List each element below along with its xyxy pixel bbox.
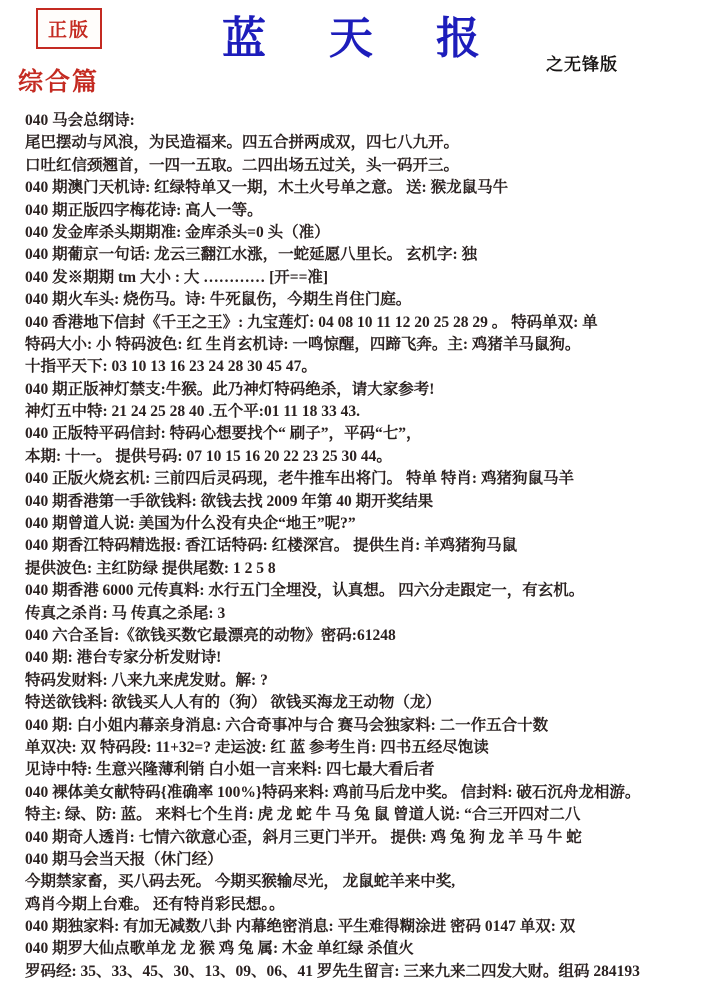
text-line: 040 期曾道人说: 美国为什么没有央企“地王”呢?” xyxy=(25,513,698,535)
text-line: 040 六合圣旨:《欲钱买数它最漂亮的动物》密码:61248 xyxy=(25,625,698,647)
text-line: 尾巴摆动与风浪，为民造福来。四五合拼两成双，四七八九开。 xyxy=(25,132,698,154)
text-line: 040 期香港 6000 元传真料: 水行五门全埋没，认真想。 四六分走跟定一，… xyxy=(25,580,698,602)
text-line: 040 期火车头: 烧伤马。诗: 牛死鼠伤，今期生肖住门庭。 xyxy=(25,289,698,311)
text-line: 040 期正版神灯禁支:牛猴。此乃神灯特码绝杀，请大家参考! xyxy=(25,379,698,401)
text-line: 040 正版特平码信封: 特码心想要找个“ 刷子”，平码“七”， xyxy=(25,423,698,445)
text-line: 040 正版火烧玄机: 三前四后灵码现，老牛推车出将门。 特单 特肖: 鸡猪狗鼠… xyxy=(25,468,698,490)
text-line: 十指平天下: 03 10 13 16 23 24 28 30 45 47。 xyxy=(25,356,698,378)
text-line: 040 期香港第一手欲钱料: 欲钱去找 2009 年第 40 期开奖结果 xyxy=(25,491,698,513)
text-line: 口吐红信颈翘首，一四一五取。二四出场五过关，头一码开三。 xyxy=(25,155,698,177)
page-header: 正版 蓝 天 报 之无锋版 综合篇 xyxy=(0,0,702,112)
text-line: 今期禁家畜，买八码去死。 今期买猴输尽光， 龙鼠蛇羊来中奖, xyxy=(25,871,698,893)
text-line: 特主: 绿、防: 蓝。 来料七个生肖: 虎 龙 蛇 牛 马 兔 鼠 曾道人说: … xyxy=(25,804,698,826)
body-text-lines: 040 马会总纲诗:尾巴摆动与风浪，为民造福来。四五合拼两成双，四七八九开。口吐… xyxy=(25,110,698,983)
text-line: 特码大小: 小 特码波色: 红 生肖玄机诗: 一鸣惊醒，四蹄飞奔。主: 鸡猪羊马… xyxy=(25,334,698,356)
text-line: 040 期罗大仙点歌单龙 龙 猴 鸡 兔 属: 木金 单红绿 杀值火 xyxy=(25,938,698,960)
text-line: 040 期独家料: 有加无减数八卦 内幕绝密消息: 平生难得糊涂进 密码 014… xyxy=(25,916,698,938)
text-line: 提供波色: 主红防绿 提供尾数: 1 2 5 8 xyxy=(25,558,698,580)
text-line: 040 香港地下信封《千王之王》: 九宝莲灯: 04 08 10 11 12 2… xyxy=(25,312,698,334)
text-line: 040 期葡京一句话: 龙云三翻江水涨，一蛇延愿八里长。 玄机字: 独 xyxy=(25,244,698,266)
text-line: 040 期: 白小姐内幕亲身消息: 六合奇事冲与合 赛马会独家料: 二一作五合十… xyxy=(25,715,698,737)
text-line: 040 期正版四字梅花诗: 高人一等。 xyxy=(25,200,698,222)
text-line: 040 裸体美女献特码{准确率 100%}特码来料: 鸡前马后龙中奖。 信封料:… xyxy=(25,782,698,804)
text-line: 神灯五中特: 21 24 25 28 40 .五个平:01 11 18 33 4… xyxy=(25,401,698,423)
edition-subtitle: 之无锋版 xyxy=(546,50,618,75)
text-line: 鸡肖今期上台难。 还有特肖彩民想。。 xyxy=(25,894,698,916)
text-line: 罗码经: 35、33、45、30、13、09、06、41 罗先生留言: 三来九来… xyxy=(25,961,698,983)
text-line: 040 马会总纲诗: xyxy=(25,110,698,132)
text-line: 040 期奇人透肖: 七情六欲意心歪，斜月三更门半开。 提供: 鸡 兔 狗 龙 … xyxy=(25,827,698,849)
text-line: 040 发※期期 tm 大小 : 大 ………… [开==准] xyxy=(25,267,698,289)
newspaper-page: 正版 蓝 天 报 之无锋版 综合篇 040 马会总纲诗:尾巴摆动与风浪，为民造福… xyxy=(0,0,702,1007)
text-line: 特送欲钱料: 欲钱买人人有的（狗） 欲钱买海龙王动物（龙） xyxy=(25,692,698,714)
text-line: 见诗中特: 生意兴隆薄利销 白小姐一言来料: 四七最大看后者 xyxy=(25,759,698,781)
text-line: 040 期香江特码精选报: 香江话特码: 红楼深宫。 提供生肖: 羊鸡猪狗马鼠 xyxy=(25,535,698,557)
text-line: 040 期: 港台专家分析发财诗! xyxy=(25,647,698,669)
text-line: 特码发财料: 八来九来虎发财。解: ? xyxy=(25,670,698,692)
text-line: 单双决: 双 特码段: 11+32=? 走运波: 红 蓝 参考生肖: 四书五经尽… xyxy=(25,737,698,759)
text-line: 040 期马会当天报（休门经） xyxy=(25,849,698,871)
text-line: 传真之杀肖: 马 传真之杀尾: 3 xyxy=(25,603,698,625)
text-line: 040 发金库杀头期期准: 金库杀头=0 头（准） xyxy=(25,222,698,244)
text-line: 040 期澳门天机诗: 红绿特单又一期，木土火号单之意。 送: 猴龙鼠马牛 xyxy=(25,177,698,199)
text-line: 本期: 十一。 提供号码: 07 10 15 16 20 22 23 25 30… xyxy=(25,446,698,468)
section-heading: 综合篇 xyxy=(18,62,99,98)
